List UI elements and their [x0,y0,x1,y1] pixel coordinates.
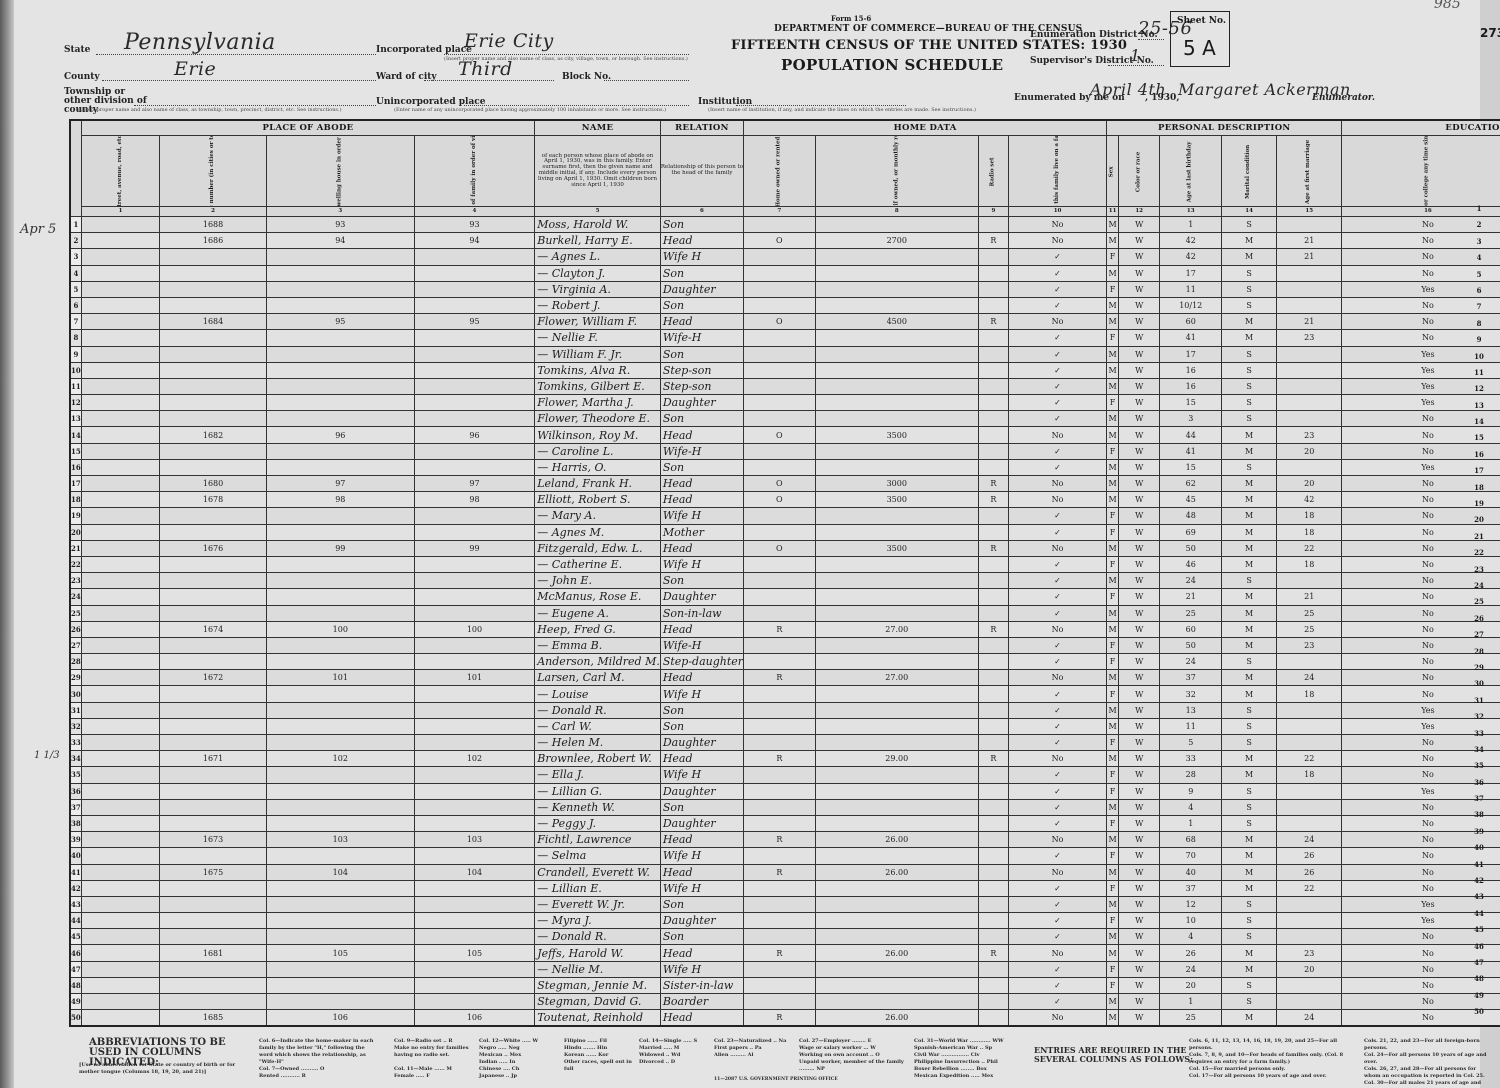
age-marriage-cell [1277,929,1342,945]
age-cell: 3 [1160,411,1222,427]
dwelling-number-cell: 103 [266,832,414,848]
dwelling-number-cell [266,815,414,831]
radio-cell: R [978,233,1008,249]
family-number-cell [414,378,535,394]
age-marriage-cell: 23 [1277,945,1342,961]
home-value-cell [815,330,978,346]
right-line-number: 10 [1471,349,1487,365]
marital-cell: S [1222,297,1277,313]
home-value-cell [815,443,978,459]
farm-header: Does this family live on a farm? [1008,136,1106,207]
column-number: 12 [1118,207,1159,217]
home-value-cell [815,556,978,572]
age-cell: 24 [1160,654,1222,670]
race-cell: W [1118,880,1159,896]
line-number: 14 [70,427,81,443]
house-number-cell: 1675 [160,864,267,880]
table-row: 261674100100Heep, Fred G.HeadR27.00RNoMW… [70,621,1500,637]
home-owned-cell [744,459,816,475]
farm-cell: ✓ [1008,605,1106,621]
dwelling-number-cell [266,702,414,718]
table-row: 43— Everett W. Jr.Son✓MW12SYesYesNew Yor… [70,896,1500,912]
home-value-cell [815,217,978,233]
home-owned-cell [744,686,816,702]
home-owned-cell [744,297,816,313]
race-cell: W [1118,443,1159,459]
relation-cell: Wife H [660,767,743,783]
person-name-cell: Burkell, Harry E. [535,233,661,249]
dwelling-number-cell [266,362,414,378]
house-number-cell [160,378,267,394]
dwelling-number-cell [266,281,414,297]
column-number: 10 [1008,207,1106,217]
sex-cell: M [1107,540,1119,556]
sex-cell: M [1107,427,1119,443]
radio-cell [978,686,1008,702]
table-row: 24McManus, Rose E.Daughter✓FW21M21NoYesP… [70,589,1500,605]
line-number: 41 [70,864,81,880]
farm-cell: No [1008,751,1106,767]
home-owned-cell [744,556,816,572]
table-row: 37— Kenneth W.Son✓MW4SNoPenna.GermanyPen… [70,799,1500,815]
street-cell [81,249,159,265]
relation-cell: Boarder [660,994,743,1010]
house-number-cell [160,524,267,540]
radio-cell [978,832,1008,848]
home-value-cell [815,848,978,864]
home-owned-cell [744,265,816,281]
person-name-cell: Jeffs, Harold W. [535,945,661,961]
family-number-cell [414,994,535,1010]
street-cell [81,459,159,475]
home-value-cell [815,702,978,718]
person-name-cell: — Eugene A. [535,605,661,621]
age-cell: 32 [1160,686,1222,702]
table-row: 12Flower, Martha J.Daughter✓FW15SYesYesP… [70,395,1500,411]
age-marriage-cell [1277,718,1342,734]
line-number: 26 [70,621,81,637]
home-owned-cell [744,411,816,427]
age-cell: 4 [1160,799,1222,815]
sex-cell: F [1107,815,1119,831]
age-marriage-cell [1277,395,1342,411]
age-cell: 37 [1160,880,1222,896]
home-value-cell [815,459,978,475]
right-line-number: 45 [1471,922,1487,938]
home-value-cell [815,265,978,281]
person-name-cell: Toutenat, Reinhold [535,1010,661,1027]
table-row: 27— Emma B.Wife-H✓FW50M23NoYesOhioGerman… [70,637,1500,653]
radio-cell: R [978,621,1008,637]
right-line-number: 9 [1471,332,1487,348]
sex-cell: F [1107,977,1119,993]
dwelling-number-cell [266,330,414,346]
race-cell: W [1118,314,1159,330]
radio-cell [978,848,1008,864]
home-owned-cell: R [744,945,816,961]
age-marriage-cell: 22 [1277,751,1342,767]
dwelling-number-cell [266,605,414,621]
race-cell: W [1118,427,1159,443]
table-row: 6— Robert J.Son✓MW10/12SNoPenna.OhioOhio… [70,297,1500,313]
farm-cell: ✓ [1008,961,1106,977]
age-marriage-cell: 21 [1277,249,1342,265]
home-owned-cell: R [744,1010,816,1027]
sex-cell: M [1107,718,1119,734]
person-name-cell: Larsen, Carl M. [535,670,661,686]
race-cell: W [1118,977,1159,993]
race-cell: W [1118,994,1159,1010]
farm-cell: No [1008,314,1106,330]
age-cell: 13 [1160,702,1222,718]
col11-note: Col. 11—Male ...... M Female ..... F [394,1066,474,1080]
marital-cell: S [1222,718,1277,734]
person-name-cell: — Donald R. [535,702,661,718]
dwelling-number-cell [266,265,414,281]
family-number-cell [414,767,535,783]
person-name-cell: — Everett W. Jr. [535,896,661,912]
entries-title: ENTRIES ARE REQUIRED IN THE SEVERAL COLU… [1034,1046,1214,1064]
radio-cell [978,815,1008,831]
age-cell: 15 [1160,459,1222,475]
person-name-cell: Flower, Martha J. [535,395,661,411]
house-number-cell: 1685 [160,1010,267,1027]
dwelling-number-cell [266,994,414,1010]
relation-cell: Wife H [660,880,743,896]
street-cell [81,799,159,815]
street-cell [81,913,159,929]
street-cell [81,864,159,880]
radio-cell [978,508,1008,524]
col31-note: Col. 31—World War ............ WW Spanis… [914,1038,1024,1080]
street-cell [81,443,159,459]
unincorporated-note: (Enter name of any unincorporated place … [394,107,666,113]
sex-cell: F [1107,249,1119,265]
family-number-cell: 105 [414,945,535,961]
farm-cell: ✓ [1008,249,1106,265]
house-number-cell [160,767,267,783]
farm-cell: ✓ [1008,556,1106,572]
line-number: 35 [70,767,81,783]
sex-cell: F [1107,281,1119,297]
home-value-cell [815,411,978,427]
line-number: 32 [70,718,81,734]
dwelling-number-cell [266,783,414,799]
home-value-cell [815,815,978,831]
age-marriage-cell: 20 [1277,961,1342,977]
sex-cell: M [1107,929,1119,945]
race-cell: W [1118,961,1159,977]
age-cell: 1 [1160,815,1222,831]
house-number-cell [160,848,267,864]
marital-header: Marital condition [1222,136,1277,207]
street-cell [81,330,159,346]
right-line-number: 35 [1471,758,1487,774]
dwelling-number-cell [266,378,414,394]
street-cell [81,735,159,751]
relation-cell: Son [660,217,743,233]
institution-line [736,105,906,106]
relation-cell: Head [660,621,743,637]
house-number-cell [160,815,267,831]
age-cell: 60 [1160,621,1222,637]
sex-cell: M [1107,573,1119,589]
race-cell: W [1118,411,1159,427]
home-owned-cell [744,524,816,540]
age-marriage-cell [1277,783,1342,799]
marital-cell: M [1222,751,1277,767]
table-row: 501685106106Toutenat, ReinholdHeadR26.00… [70,1010,1500,1027]
age-cell: 62 [1160,476,1222,492]
house-number-cell [160,702,267,718]
county-line [102,80,376,81]
line-number: 43 [70,896,81,912]
line-number: 21 [70,540,81,556]
right-line-number: 16 [1471,447,1487,463]
street-cell [81,378,159,394]
home-owned-cell: O [744,233,816,249]
age-marriage-cell [1277,977,1342,993]
person-name-cell: — Donald R. [535,929,661,945]
sex-cell: F [1107,686,1119,702]
col27-note: Col. 27—Employer ........ E Wage or sala… [799,1038,909,1073]
person-name-cell: McManus, Rose E. [535,589,661,605]
home-owned-cell [744,718,816,734]
street-cell [81,686,159,702]
table-row: 45— Donald R.Son✓MW4SNoPenna.Penna.Penna… [70,929,1500,945]
table-row: 42— Lillian E.Wife H✓FW37M22NoYesPenna.S… [70,880,1500,896]
radio-cell [978,994,1008,1010]
age-marriage-cell [1277,378,1342,394]
race-cell: W [1118,751,1159,767]
state-label: State [64,45,90,55]
race-cell: W [1118,686,1159,702]
age-header: Age at last birthday [1160,136,1222,207]
radio-cell [978,605,1008,621]
home-value-cell [815,297,978,313]
sex-cell: F [1107,637,1119,653]
home-owned-cell [744,378,816,394]
sex-header: Sex [1107,136,1119,207]
relation-cell: Head [660,670,743,686]
age-cell: 40 [1160,864,1222,880]
marital-cell: M [1222,945,1277,961]
sex-cell: F [1107,556,1119,572]
house-number-cell: 1676 [160,540,267,556]
person-name-cell: Elliott, Robert S. [535,492,661,508]
marital-cell: S [1222,977,1277,993]
home-owned-cell [744,735,816,751]
column-number: 7 [744,207,816,217]
house-number-cell [160,589,267,605]
relation-cell: Head [660,476,743,492]
marital-cell: M [1222,848,1277,864]
marital-cell: S [1222,896,1277,912]
table-row: 19— Mary A.Wife H✓FW48M18NoYesNew YorkNe… [70,508,1500,524]
person-name-cell: — Carl W. [535,718,661,734]
line-number: 11 [70,378,81,394]
line-number: 33 [70,735,81,751]
sex-cell: M [1107,994,1119,1010]
farm-cell: ✓ [1008,799,1106,815]
home-value-cell [815,508,978,524]
radio-cell [978,767,1008,783]
age-marriage-cell: 23 [1277,637,1342,653]
family-number-cell: 102 [414,751,535,767]
home-owned-cell [744,605,816,621]
sex-cell: F [1107,395,1119,411]
column-number: 2 [160,207,267,217]
sex-cell: M [1107,362,1119,378]
house-number-cell [160,362,267,378]
house-number-cell [160,880,267,896]
street-cell [81,556,159,572]
street-cell [81,994,159,1010]
home-value-cell: 3500 [815,492,978,508]
person-name-cell: Flower, Theodore E. [535,411,661,427]
table-row: 411675104104Crandell, Everett W.HeadR26.… [70,864,1500,880]
table-row: 35— Ella J.Wife H✓FW28M18NoYesGermanyGer… [70,767,1500,783]
street-cell [81,589,159,605]
age-marriage-cell: 26 [1277,864,1342,880]
person-name-cell: — Myra J. [535,913,661,929]
farm-cell: ✓ [1008,929,1106,945]
age-cell: 28 [1160,767,1222,783]
person-name-cell: — William F. Jr. [535,346,661,362]
line-number: 40 [70,848,81,864]
column-number: 15 [1277,207,1342,217]
relation-cell: Son [660,799,743,815]
relation-cell: Wife-H [660,637,743,653]
house-number-cell: 1686 [160,233,267,249]
line-number: 9 [70,346,81,362]
home-owned-cell [744,815,816,831]
family-number-cell [414,395,535,411]
race-cell: W [1118,540,1159,556]
sheet-label: Sheet No. [1177,16,1226,26]
marital-cell: S [1222,378,1277,394]
block-line [604,80,689,81]
race-cell: W [1118,654,1159,670]
home-owned-cell [744,994,816,1010]
family-number-cell [414,913,535,929]
farm-cell: No [1008,427,1106,443]
place-of-abode-header: PLACE OF ABODE [81,120,534,136]
marital-cell: M [1222,249,1277,265]
street-cell [81,880,159,896]
home-value-cell: 3500 [815,540,978,556]
marital-cell: S [1222,815,1277,831]
dwelling-number-cell [266,977,414,993]
school-header: Attended school or college any time sinc… [1342,136,1500,207]
relation-description: Relationship of this person to the head … [660,136,743,207]
person-name-cell: — Lillian G. [535,783,661,799]
family-number-cell [414,297,535,313]
age-marriage-cell [1277,281,1342,297]
home-value-cell [815,573,978,589]
home-owned-cell [744,362,816,378]
family-number-cell [414,637,535,653]
column-number: 13 [1160,207,1222,217]
age-marriage-cell: 21 [1277,589,1342,605]
radio-cell [978,702,1008,718]
radio-cell [978,395,1008,411]
home-owned-cell [744,217,816,233]
radio-cell: R [978,314,1008,330]
house-number-cell [160,508,267,524]
right-line-number: 33 [1471,726,1487,742]
right-line-number: 48 [1471,971,1487,987]
age-cell: 41 [1160,443,1222,459]
right-line-number: 38 [1471,807,1487,823]
person-name-cell: — Virginia A. [535,281,661,297]
house-number-cell: 1674 [160,621,267,637]
race-cell: W [1118,508,1159,524]
race-cell: W [1118,848,1159,864]
farm-cell: ✓ [1008,265,1106,281]
entries-a: Cols. 6, 11, 12, 13, 14, 16, 18, 19, 20,… [1189,1038,1359,1080]
ward-value: Third [458,58,513,80]
person-name-cell: Crandell, Everett W. [535,864,661,880]
age-marriage-cell: 22 [1277,880,1342,896]
home-value-cell: 26.00 [815,1010,978,1027]
age-cell: 4 [1160,929,1222,945]
column-number: 5 [535,207,661,217]
right-line-number: 20 [1471,512,1487,528]
farm-cell: ✓ [1008,718,1106,734]
street-cell [81,314,159,330]
farm-cell: ✓ [1008,848,1106,864]
street-cell [81,492,159,508]
table-row: 11Tomkins, Gilbert E.Step-son✓MW16SYesYe… [70,378,1500,394]
dwelling-number-cell [266,686,414,702]
home-owned-cell [744,799,816,815]
race-cell: W [1118,1010,1159,1027]
line-number: 6 [70,297,81,313]
home-value-cell: 26.00 [815,832,978,848]
line-number: 36 [70,783,81,799]
table-row: 716849595Flower, William F.HeadO4500RNoM… [70,314,1500,330]
sex-cell: F [1107,524,1119,540]
abbrev-note: [Use no abbreviation for State or countr… [79,1062,249,1076]
street-cell [81,654,159,670]
marital-cell: M [1222,443,1277,459]
relation-cell: Son [660,459,743,475]
family-number-cell: 104 [414,864,535,880]
age-marriage-cell [1277,654,1342,670]
house-number-cell: 1678 [160,492,267,508]
race-cell: W [1118,281,1159,297]
table-row: 40— SelmaWife H✓FW70M26NoYesGermanyGerma… [70,848,1500,864]
table-row: 2116769999Fitzgerald, Edw. L.HeadO3500RN… [70,540,1500,556]
line-number: 2 [70,233,81,249]
home-value-cell [815,249,978,265]
sex-cell: M [1107,217,1119,233]
person-name-cell: Fitzgerald, Edw. L. [535,540,661,556]
table-row: 8— Nellie F.Wife-H✓FW41M23NoYesPenna.New… [70,330,1500,346]
home-value-cell [815,896,978,912]
age-cell: 37 [1160,670,1222,686]
home-value-cell: 29.00 [815,751,978,767]
right-line-number: 24 [1471,578,1487,594]
table-row: 9— William F. Jr.Son✓MW17SYesYesPenna.Ne… [70,346,1500,362]
census-table: PLACE OF ABODE NAME RELATION HOME DATA P… [69,119,1500,1027]
farm-cell: ✓ [1008,330,1106,346]
family-number-cell [414,573,535,589]
radio-cell: R [978,540,1008,556]
relation-cell: Son-in-law [660,605,743,621]
marital-cell: M [1222,621,1277,637]
